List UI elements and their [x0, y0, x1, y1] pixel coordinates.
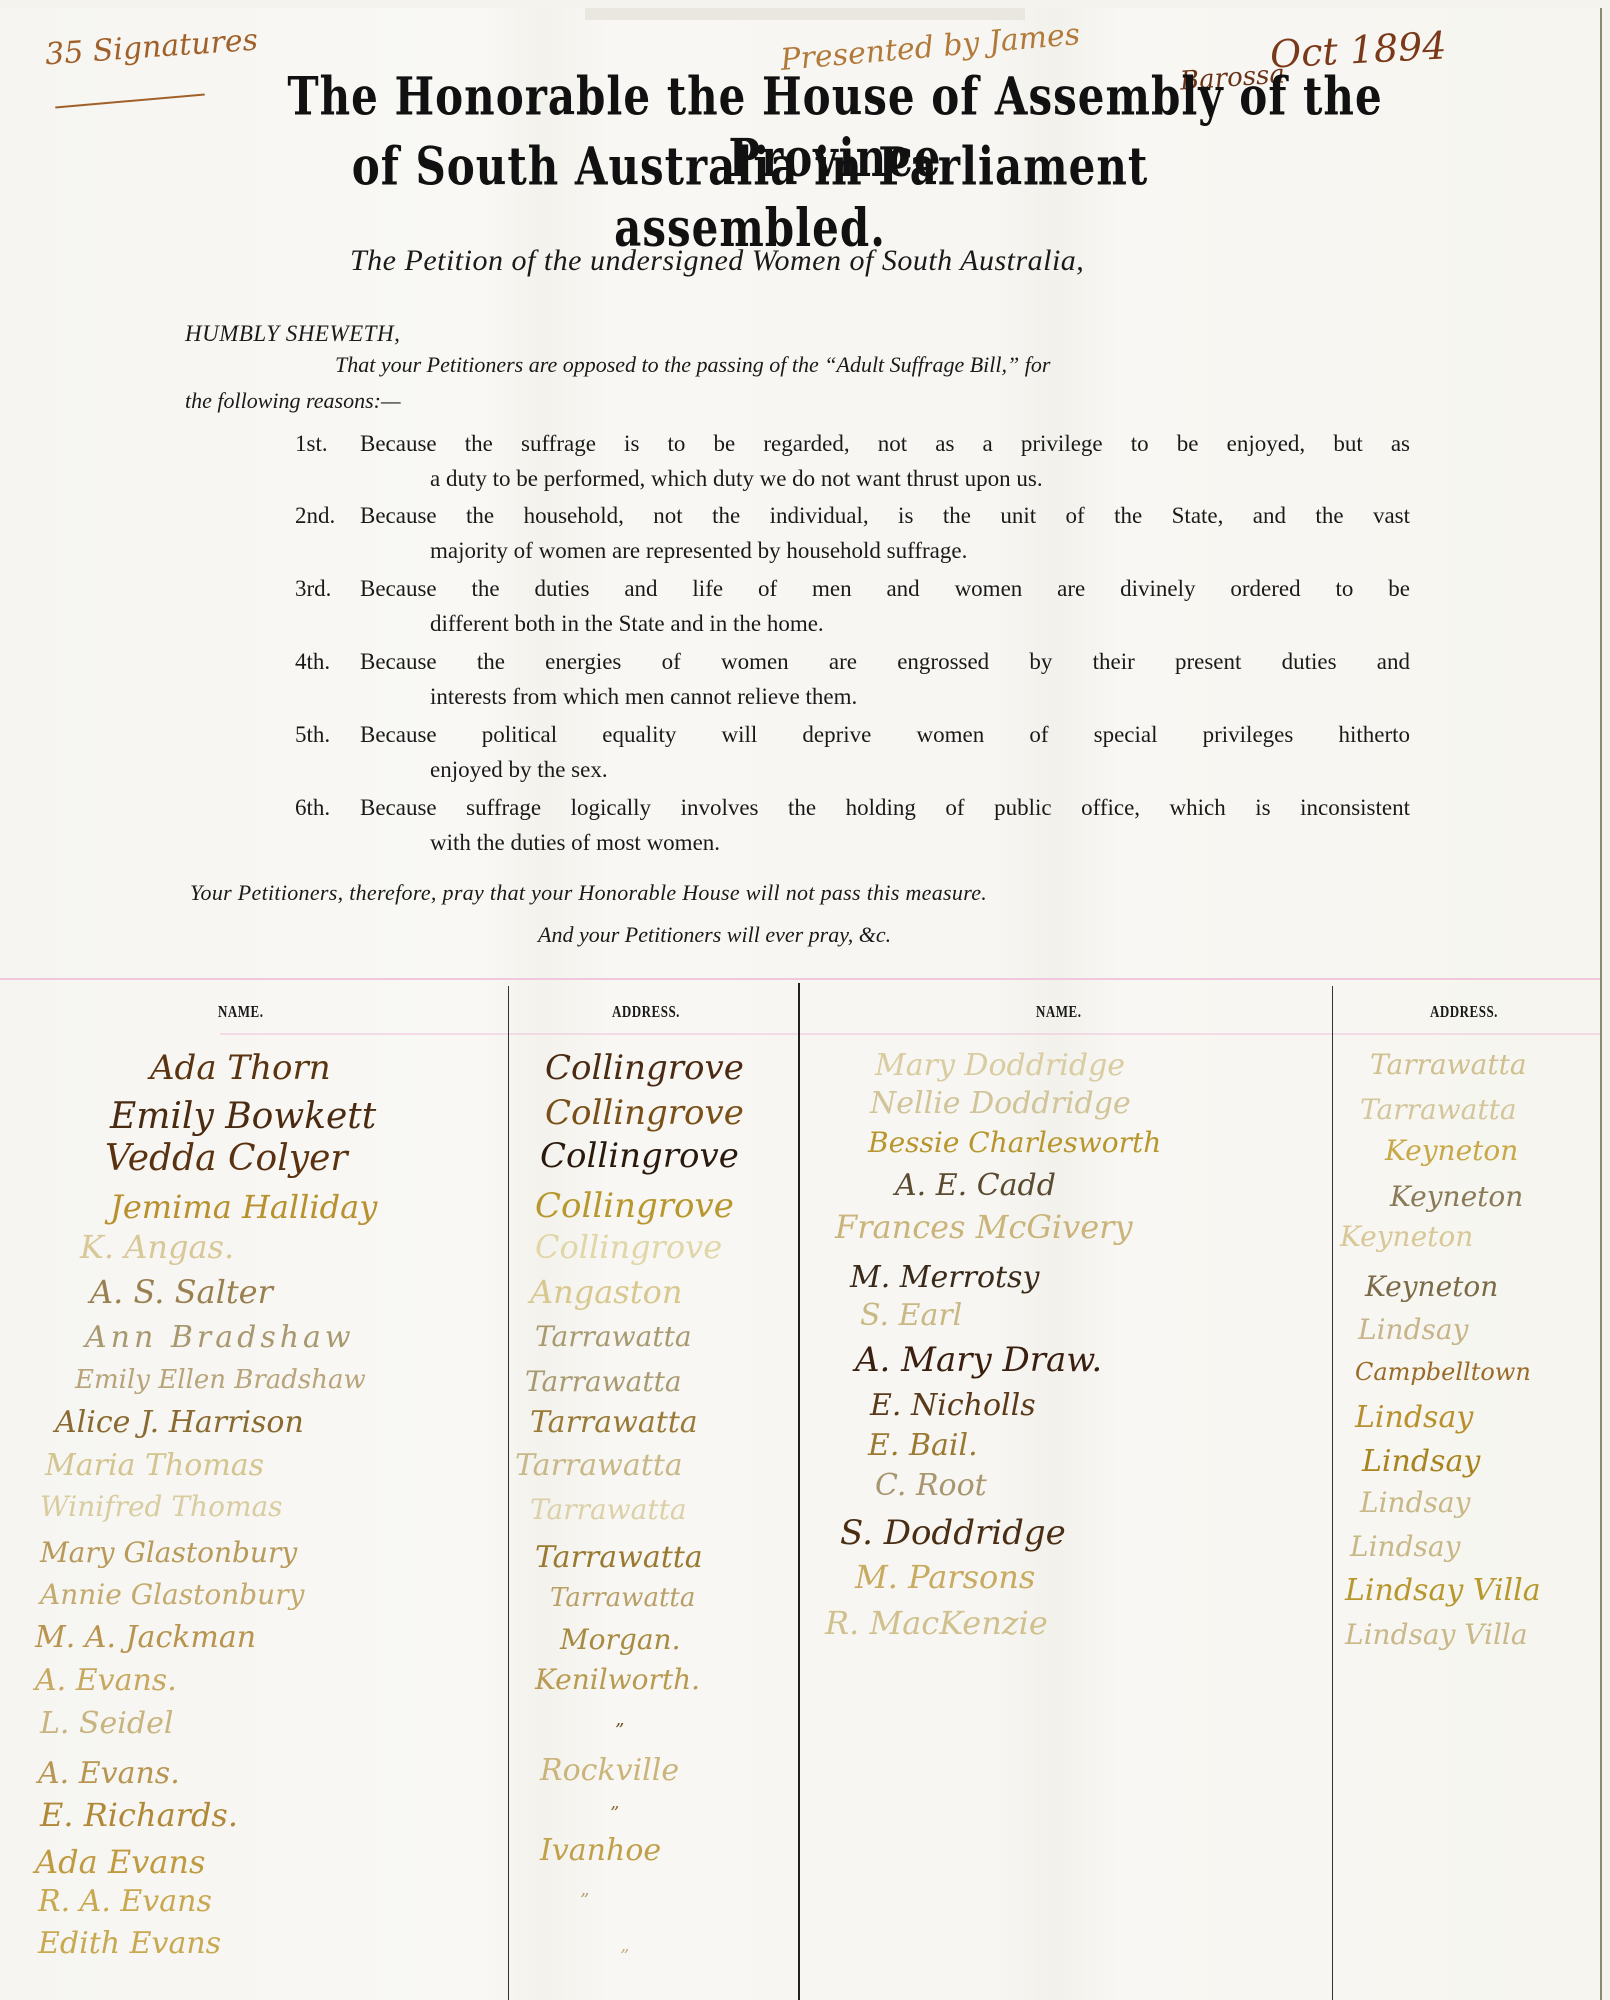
signature-count-note: 35 Signatures [44, 23, 259, 73]
signature-address: Keyneton [1340, 1220, 1473, 1253]
reason-text: Because the suffrage is to be regarded, … [360, 426, 1410, 461]
reason-2: 2nd. Because the household, not the indi… [295, 498, 1410, 568]
signature-name: Ada Thorn [150, 1048, 331, 1088]
signature-name: E. Richards. [40, 1796, 238, 1834]
signature-address: Tarrawatta [1370, 1048, 1527, 1081]
signature-address: Keyneton [1390, 1180, 1523, 1213]
signature-name: S. Doddridge [840, 1513, 1066, 1553]
ditto-mark: ” [615, 1720, 624, 1741]
reason-text: Because suffrage logically involves the … [360, 790, 1410, 825]
closing-prayer: Your Petitioners, therefore, pray that y… [190, 880, 987, 906]
ruling-line [220, 1033, 1600, 1035]
signature-address: Lindsay [1362, 1444, 1480, 1479]
reason-number: 2nd. [295, 498, 335, 533]
signature-name: A. S. Salter [90, 1273, 273, 1311]
signature-name: Bessie Charlesworth [868, 1126, 1161, 1159]
signature-address: Collingrove [540, 1136, 739, 1176]
reason-number: 5th. [295, 717, 330, 752]
signature-address: Keyneton [1385, 1134, 1518, 1167]
ditto-mark: ” [620, 1946, 629, 1967]
reason-text: Because the duties and life of men and w… [360, 571, 1410, 606]
signature-name: E. Bail. [868, 1428, 978, 1463]
signature-name: Jemima Halliday [110, 1188, 377, 1226]
signature-name: A. Mary Draw. [855, 1340, 1102, 1380]
paper-fold [585, 8, 1025, 20]
intro-line-1: That your Petitioners are opposed to the… [335, 352, 1415, 378]
signature-name: Mary Glastonbury [40, 1536, 297, 1569]
closing-ever-pray: And your Petitioners will ever pray, &c. [538, 922, 891, 948]
title-line-2: of South Australia in Parliament assembl… [250, 136, 1250, 259]
signature-address: Collingrove [535, 1186, 734, 1226]
signature-name: A. Evans. [38, 1756, 180, 1791]
signature-name: Edith Evans [38, 1926, 221, 1961]
signature-name: L. Seidel [40, 1706, 173, 1741]
signature-name: R. MacKenzie [825, 1604, 1048, 1642]
signature-address: Tarrawatta [515, 1448, 683, 1483]
signature-name: R. A. Evans [38, 1884, 212, 1919]
signature-name: Emily Ellen Bradshaw [75, 1365, 366, 1395]
signature-address: Angaston [530, 1273, 682, 1311]
reason-number: 6th. [295, 790, 330, 825]
intro-line-2: the following reasons:— [185, 388, 401, 414]
column-divider [1332, 986, 1333, 2000]
signature-name: Alice J. Harrison [55, 1405, 304, 1440]
signature-name: Maria Thomas [45, 1448, 264, 1483]
signature-address: Lindsay [1355, 1400, 1473, 1435]
reason-number: 1st. [295, 426, 328, 461]
reason-text-cont: majority of women are represented by hou… [430, 533, 1410, 568]
signature-address: Collingrove [535, 1228, 722, 1266]
column-divider [798, 983, 800, 2000]
signature-address: Lindsay Villa [1345, 1573, 1541, 1608]
signature-name: M. Parsons [855, 1558, 1035, 1596]
signature-name: M. A. Jackman [35, 1620, 256, 1655]
column-divider [508, 986, 509, 2000]
signature-name: Mary Doddridge [875, 1048, 1125, 1083]
signature-address: Morgan. [560, 1623, 680, 1656]
reason-text-cont: interests from which men cannot relieve … [430, 679, 1410, 714]
signature-address: Tarrawatta [530, 1493, 687, 1526]
header-address-right: ADDRESS. [1430, 1002, 1498, 1023]
reason-text: Because political equality will deprive … [360, 717, 1410, 752]
signature-address: Kenilworth. [535, 1663, 700, 1696]
petition-sheet: 35 Signatures Presented by James Barossa… [0, 8, 1602, 2000]
signature-address: Tarrawatta [550, 1583, 695, 1613]
signature-address: Tarrawatta [530, 1405, 698, 1440]
signature-name: A. Evans. [35, 1663, 177, 1698]
underline-stroke [55, 93, 205, 108]
reason-5: 5th. Because political equality will dep… [295, 717, 1410, 787]
reason-number: 4th. [295, 644, 330, 679]
signature-name: Annie Glastonbury [40, 1578, 304, 1611]
signature-name: K. Angas. [80, 1228, 234, 1266]
signature-name: A. E. Cadd [895, 1168, 1056, 1203]
reason-text-cont: with the duties of most women. [430, 825, 1410, 860]
reason-text: Because the energies of women are engros… [360, 644, 1410, 679]
signature-address: Tarrawatta [525, 1365, 682, 1398]
signature-address: Tarrawatta [1360, 1093, 1517, 1126]
signature-name: M. Merrotsy [850, 1260, 1039, 1295]
signature-address: Campbelltown [1355, 1358, 1531, 1386]
ruling-line [0, 978, 1600, 980]
reason-3: 3rd. Because the duties and life of men … [295, 571, 1410, 641]
signature-address: Lindsay [1360, 1486, 1470, 1519]
reason-text-cont: different both in the State and in the h… [430, 606, 1410, 641]
signature-name: Winifred Thomas [40, 1490, 283, 1523]
signature-address: Collingrove [545, 1048, 744, 1088]
signature-address: Keyneton [1365, 1270, 1498, 1303]
signature-name: C. Root [875, 1468, 987, 1503]
signature-address: Ivanhoe [540, 1833, 661, 1868]
signature-name: Ann Bradshaw [85, 1320, 355, 1355]
reason-text-cont: a duty to be performed, which duty we do… [430, 461, 1410, 496]
signature-address: Rockville [540, 1753, 679, 1788]
signature-name: Vedda Colyer [105, 1138, 348, 1179]
petition-subtitle: The Petition of the undersigned Women of… [350, 244, 1084, 278]
signature-address: Lindsay [1358, 1313, 1468, 1346]
reason-number: 3rd. [295, 571, 331, 606]
signature-address: Lindsay Villa [1345, 1618, 1528, 1651]
signature-name: S. Earl [860, 1298, 962, 1333]
reason-text: Because the household, not the individua… [360, 498, 1410, 533]
signature-name: E. Nicholls [870, 1388, 1036, 1423]
humbly-sheweth: HUMBLY SHEWETH, [185, 321, 400, 347]
signature-name: Nellie Doddridge [870, 1086, 1131, 1121]
signature-address: Collingrove [545, 1093, 744, 1133]
reason-text-cont: enjoyed by the sex. [430, 752, 1410, 787]
signature-address: Tarrawatta [535, 1540, 703, 1575]
ditto-mark: ” [580, 1890, 589, 1911]
signature-address: Lindsay [1350, 1530, 1460, 1563]
signature-address: Tarrawatta [535, 1320, 692, 1353]
header-name-left: NAME. [218, 1002, 263, 1023]
reason-1: 1st. Because the suffrage is to be regar… [295, 426, 1410, 496]
header-address-left: ADDRESS. [612, 1002, 680, 1023]
header-name-right: NAME. [1036, 1002, 1081, 1023]
signature-name: Frances McGivery [835, 1208, 1133, 1246]
ditto-mark: ” [610, 1803, 619, 1824]
signature-name: Ada Evans [35, 1843, 205, 1881]
signature-name: Emily Bowkett [110, 1096, 376, 1137]
reason-4: 4th. Because the energies of women are e… [295, 644, 1410, 714]
reason-6: 6th. Because suffrage logically involves… [295, 790, 1410, 860]
